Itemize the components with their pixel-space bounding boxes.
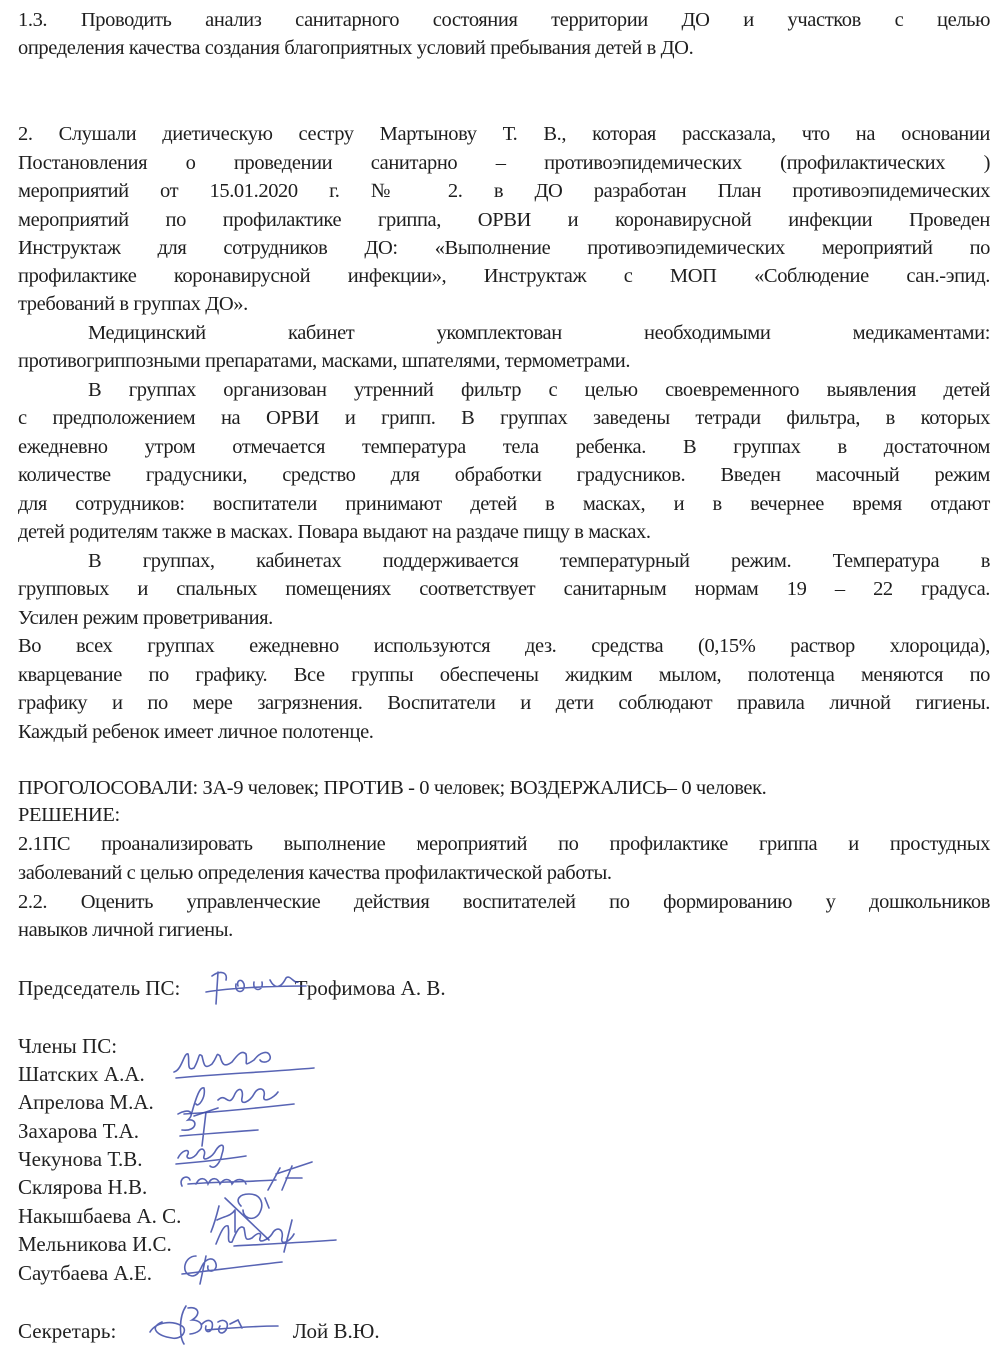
- member-2: Апрелова М.А.: [18, 1089, 154, 1116]
- section-2-line-5: Инструктаж для сотрудников ДО: «Выполнен…: [18, 234, 990, 262]
- decision-heading: РЕШЕНИЕ:: [18, 801, 120, 829]
- disinfection-line-2: кварцевание по графику. Все группы обесп…: [18, 661, 990, 689]
- chair-label: Председатель ПС:: [18, 976, 180, 1000]
- section-2-line-7: требований в группах ДО».: [18, 290, 248, 318]
- section-2-line-2: Постановления о проведении санитарно – п…: [18, 149, 990, 177]
- member-5: Склярова Н.В.: [18, 1174, 147, 1201]
- section-2-line-1: 2. Слушали диетическую сестру Мартынову …: [18, 120, 990, 148]
- member-1: Шатских А.А.: [18, 1061, 145, 1088]
- member-8: Саутбаева А.Е.: [18, 1260, 152, 1287]
- members-heading: Члены ПС:: [18, 1033, 117, 1060]
- chair-name: Трофимова А. В.: [295, 976, 446, 1000]
- filter-line-6: детей родителям также в масках. Повара в…: [18, 518, 651, 546]
- section-1-3-line-2: определения качества создания благоприят…: [18, 34, 693, 62]
- secretary-signature-icon: [142, 1298, 282, 1350]
- decision-2-1-line-2: заболеваний с целью определения качества…: [18, 859, 612, 887]
- section-1-3-line-1: 1.3. Проводить анализ санитарного состоя…: [18, 6, 990, 34]
- temperature-line-3: Усилен режим проветривания.: [18, 604, 273, 632]
- temperature-line-2: групповых и спальных помещениях соответс…: [18, 575, 990, 603]
- temperature-line-1: В группах, кабинетах поддерживается темп…: [88, 547, 990, 575]
- member-4: Чекунова Т.В.: [18, 1146, 143, 1173]
- chair-signature-icon: [200, 964, 310, 1010]
- secretary-label: Секретарь:: [18, 1319, 116, 1343]
- section-2-line-4: мероприятий по профилактике гриппа, ОРВИ…: [18, 206, 990, 234]
- disinfection-line-1: Во всех группах ежедневно используются д…: [18, 632, 990, 660]
- disinfection-line-4: Каждый ребенок имеет личное полотенце.: [18, 718, 374, 746]
- decision-2-1-line-1: 2.1ПС проанализировать выполнение меропр…: [18, 830, 990, 858]
- member-8-signature-icon: [176, 1246, 286, 1294]
- med-cabinet-line-1: Медицинский кабинет укомплектован необхо…: [88, 319, 990, 347]
- decision-2-2-line-1: 2.2. Оценить управленческие действия вос…: [18, 888, 990, 916]
- filter-line-1: В группах организован утренний фильтр с …: [88, 376, 990, 404]
- vote-result: ПРОГОЛОСОВАЛИ: ЗА-9 человек; ПРОТИВ - 0 …: [18, 774, 766, 802]
- med-cabinet-line-2: противогриппозными препаратами, масками,…: [18, 347, 630, 375]
- section-2-line-6: профилактике коронавирусной инфекции», И…: [18, 262, 990, 290]
- decision-2-2-line-2: навыков личной гигиены.: [18, 916, 233, 944]
- disinfection-line-3: графику и по мере загрязнения. Воспитате…: [18, 689, 990, 717]
- member-6: Накышбаева А. С.: [18, 1203, 181, 1230]
- filter-line-4: количестве градусники, средство для обра…: [18, 461, 990, 489]
- filter-line-5: для сотрудников: воспитатели принимают д…: [18, 490, 990, 518]
- section-2-line-3: мероприятий от 15.01.2020 г. № 2. в ДО р…: [18, 177, 990, 205]
- member-3: Захарова Т.А.: [18, 1118, 139, 1145]
- filter-line-3: ежедневно утром отмечается температура т…: [18, 433, 990, 461]
- filter-line-2: с предположением на ОРВИ и грипп. В груп…: [18, 404, 990, 432]
- member-7: Мельникова И.С.: [18, 1231, 172, 1258]
- secretary-name: Лой В.Ю.: [293, 1319, 380, 1343]
